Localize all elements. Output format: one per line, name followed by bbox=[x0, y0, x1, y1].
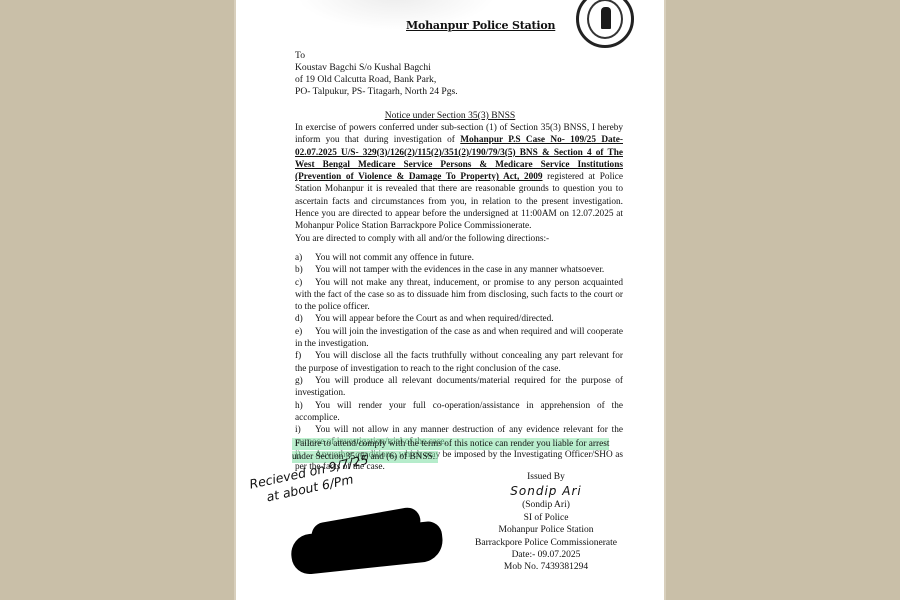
direction-item: e)You will join the investigation of the… bbox=[295, 326, 623, 351]
direction-label: i) bbox=[295, 424, 315, 436]
issuer-station: Mohanpur Police Station bbox=[446, 524, 646, 536]
direction-label: a) bbox=[295, 252, 315, 264]
direction-text: You will not make any threat, inducement… bbox=[295, 278, 623, 313]
notice-paragraph: In exercise of powers conferred under su… bbox=[295, 122, 623, 233]
recipient-line: Koustav Bagchi S/o Kushal Bagchi bbox=[295, 62, 458, 74]
direction-item: h)You will render your full co-operation… bbox=[295, 400, 623, 425]
direction-label: h) bbox=[295, 400, 315, 412]
issuer-block: Issued By Sondip Ari (Sondip Ari) SI of … bbox=[446, 471, 646, 574]
recipient-line: PO- Talpukur, PS- Titagarh, North 24 Pgs… bbox=[295, 86, 458, 98]
direction-text: You will join the investigation of the c… bbox=[295, 327, 623, 349]
direction-item: a)You will not commit any offence in fut… bbox=[295, 252, 623, 264]
direction-text: You will render your full co-operation/a… bbox=[295, 401, 623, 423]
direction-label: f) bbox=[295, 350, 315, 362]
recipient-line: of 19 Old Calcutta Road, Bank Park, bbox=[295, 74, 458, 86]
directions-intro: You are directed to comply with all and/… bbox=[295, 233, 623, 245]
issued-by-label: Issued By bbox=[446, 471, 646, 483]
direction-item: b)You will not tamper with the evidences… bbox=[295, 264, 623, 276]
direction-label: g) bbox=[295, 375, 315, 387]
issuer-mobile: Mob No. 7439381294 bbox=[446, 561, 646, 573]
direction-label: e) bbox=[295, 326, 315, 338]
notice-title: Notice under Section 35(3) BNSS bbox=[236, 110, 664, 121]
direction-item: f)You will disclose all the facts truthf… bbox=[295, 350, 623, 375]
state-emblem-seal-icon bbox=[576, 0, 634, 48]
direction-label: d) bbox=[295, 313, 315, 325]
direction-text: You will produce all relevant documents/… bbox=[295, 376, 623, 398]
recipient-to: To bbox=[295, 50, 458, 62]
issuer-rank: SI of Police bbox=[446, 512, 646, 524]
direction-text: You will disclose all the facts truthful… bbox=[295, 351, 623, 373]
seal-inner-ring bbox=[587, 0, 623, 39]
direction-text: You will appear before the Court as and … bbox=[315, 314, 554, 324]
direction-text: You will not tamper with the evidences i… bbox=[315, 265, 604, 275]
direction-item: c)You will not make any threat, induceme… bbox=[295, 277, 623, 314]
issuer-commissionerate: Barrackpore Police Commissionerate bbox=[446, 537, 646, 549]
direction-text: You will not commit any offence in futur… bbox=[315, 253, 474, 263]
direction-label: c) bbox=[295, 277, 315, 289]
emblem-icon bbox=[601, 7, 611, 29]
direction-item: d)You will appear before the Court as an… bbox=[295, 313, 623, 325]
issue-date: Date:- 09.07.2025 bbox=[446, 549, 646, 561]
direction-label: b) bbox=[295, 264, 315, 276]
issuer-name: (Sondip Ari) bbox=[446, 499, 646, 511]
station-title: Mohanpur Police Station bbox=[406, 19, 555, 32]
notice-page: Mohanpur Police Station To Koustav Bagch… bbox=[236, 0, 664, 600]
issuer-signature: Sondip Ari bbox=[446, 483, 646, 499]
direction-item: g)You will produce all relevant document… bbox=[295, 375, 623, 400]
recipient-address: To Koustav Bagchi S/o Kushal Bagchi of 1… bbox=[295, 50, 458, 98]
